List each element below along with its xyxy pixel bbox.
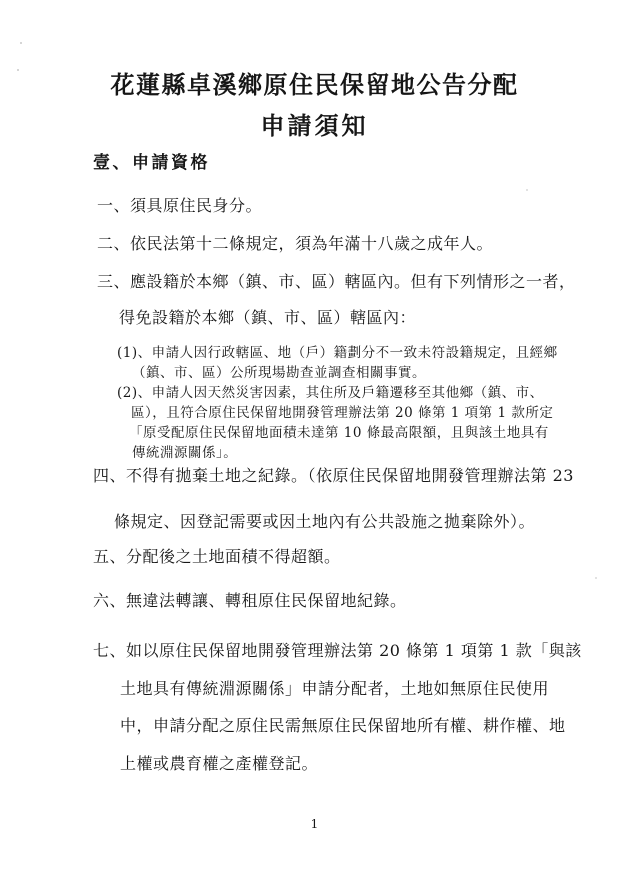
page-number: 1 (0, 817, 629, 832)
item-5-line-1: 五、分配後之土地面積不得超額。 (93, 547, 341, 567)
item-3-subitem-2-line-2: 區），且符合原住民保留地開發管理辦法第 20 條第 1 項第 1 款所定 (131, 405, 553, 422)
item-4-line-2: 條規定、因登記需要或因土地內有公共設施之拋棄除外）。 (114, 512, 535, 532)
item-7-line-3: 中，申請分配之原住民需無原住民保留地所有權、耕作權、地 (120, 716, 566, 736)
item-3-line-1: 三、應設籍於本鄉（鎮、市、區）轄區內。但有下列情形之一者， (97, 272, 576, 292)
item-1-line-1: 一、須具原住民身分。 (97, 196, 262, 216)
item-7-line-1: 七、如以原住民保留地開發管理辦法第 20 條第 1 項第 1 款「與該 (93, 641, 582, 661)
item-2-line-1: 二、依民法第十二條規定，須為年滿十八歲之成年人。 (97, 234, 493, 254)
scanned-document-page: 花蓮縣卓溪鄉原住民保留地公告分配 申請須知 壹、申請資格 一、須具原住民身分。 … (0, 0, 629, 889)
section-heading: 壹、申請資格 (93, 153, 210, 174)
item-3-line-2: 得免設籍於本鄉（鎮、市、區）轄區內： (119, 308, 416, 328)
item-7-line-4: 上權或農育權之產權登記。 (120, 754, 318, 774)
item-3-subitem-2-line-4: 傳統淵源關係」。 (132, 445, 237, 462)
item-6-line-1: 六、無違法轉讓、轉租原住民保留地紀錄。 (93, 591, 407, 611)
scan-artifact (526, 189, 528, 191)
item-3-subitem-2-line-3: 「原受配原住民保留地面積未達第 10 條最高限額，且與該土地具有 (129, 425, 549, 442)
item-7-line-2: 土地具有傳統淵源關係」申請分配者，土地如無原住民使用 (120, 679, 549, 699)
page-title-line-1: 花蓮縣卓溪鄉原住民保留地公告分配 (0, 70, 629, 100)
item-3-subitem-1-line-2: （鎮、市、區）公所現場勘查並調查相關事實。 (132, 365, 426, 382)
scan-artifact (20, 42, 22, 44)
scan-artifact (595, 577, 597, 579)
item-4-line-1: 四、不得有拋棄土地之紀錄。（依原住民保留地開發管理辦法第 23 (93, 466, 574, 486)
item-3-subitem-2-line-1: (2)、申請人因天然災害因素，其住所及戶籍遷移至其他鄉（鎮、市、 (117, 385, 544, 402)
item-3-subitem-1-line-1: (1)、申請人因行政轄區、地（戶）籍劃分不一致未符設籍規定，且經鄉 (117, 345, 558, 362)
page-title-line-2: 申請須知 (0, 111, 629, 141)
